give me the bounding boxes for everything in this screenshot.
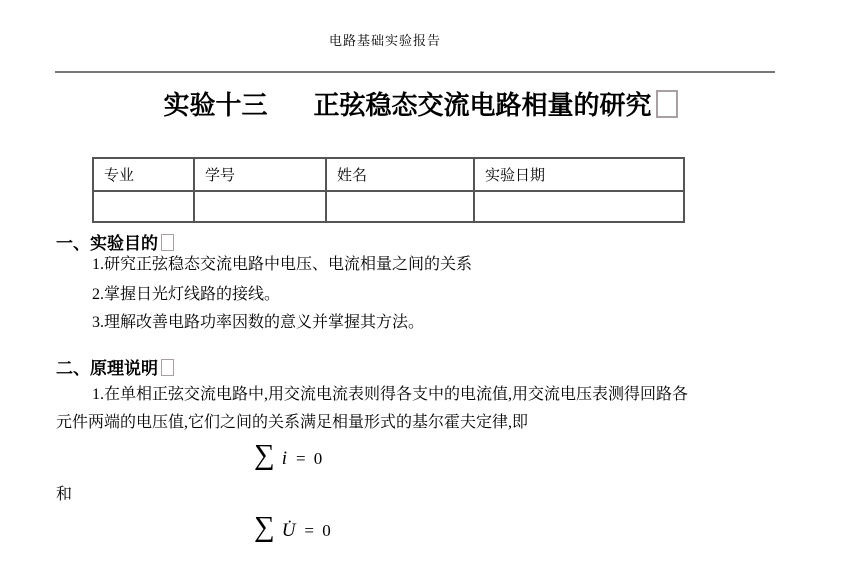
info-cell-student-id[interactable] xyxy=(194,191,326,222)
info-cell-major[interactable] xyxy=(93,191,194,222)
missing-glyph-box xyxy=(656,90,678,118)
missing-glyph-box xyxy=(161,234,174,251)
kcl-current-formula: ∑ i = 0 xyxy=(254,440,324,470)
equals-zero-text: = 0 xyxy=(296,449,324,469)
missing-glyph-box xyxy=(161,359,174,376)
info-cell-name[interactable] xyxy=(326,191,474,222)
kvl-voltage-formula: ∑ U̇ = 0 xyxy=(254,512,333,542)
info-header-student-id: 学号 xyxy=(194,158,326,191)
section-principle-heading-text: 二、原理说明 xyxy=(56,359,158,378)
title-lead: 实验十三 xyxy=(163,90,267,120)
section-principle-heading: 二、原理说明 xyxy=(56,354,174,379)
principle-paragraph-line1: 1.在单相正弦交流电路中,用交流电流表则得各支中的电流值,用交流电压表测得回路各 xyxy=(92,381,688,404)
purpose-item-1: 1.研究正弦稳态交流电路中电压、电流相量之间的关系 xyxy=(92,251,472,274)
principle-paragraph-line2: 元件两端的电压值,它们之间的关系满足相量形式的基尔霍夫定律,即 xyxy=(56,409,528,432)
info-table-entry-row xyxy=(93,191,684,222)
info-table-header-row: 专业 学号 姓名 实验日期 xyxy=(93,158,684,191)
header-divider-line xyxy=(55,71,775,73)
info-header-major: 专业 xyxy=(93,158,194,191)
page-title: 实验十三正弦稳态交流电路相量的研究 xyxy=(0,86,841,122)
summation-symbol: ∑ xyxy=(254,440,275,470)
purpose-item-2: 2.掌握日光灯线路的接线。 xyxy=(92,281,280,304)
document-page: 电路基础实验报告 实验十三正弦稳态交流电路相量的研究 专业 学号 姓名 实验日期… xyxy=(0,0,841,561)
title-main: 正弦稳态交流电路相量的研究 xyxy=(314,90,652,120)
page-header-text: 电路基础实验报告 xyxy=(55,30,715,49)
student-info-table: 专业 学号 姓名 实验日期 xyxy=(92,157,685,223)
voltage-phasor-variable: U̇ xyxy=(282,520,296,542)
connector-and-text: 和 xyxy=(56,481,72,504)
info-header-name: 姓名 xyxy=(326,158,474,191)
equals-zero-text: = 0 xyxy=(304,521,332,541)
summation-symbol: ∑ xyxy=(254,512,275,542)
info-cell-date[interactable] xyxy=(474,191,684,222)
purpose-item-3: 3.理解改善电路功率因数的意义并掌握其方法。 xyxy=(92,309,424,332)
info-header-date: 实验日期 xyxy=(474,158,684,191)
current-variable: i xyxy=(282,448,287,470)
